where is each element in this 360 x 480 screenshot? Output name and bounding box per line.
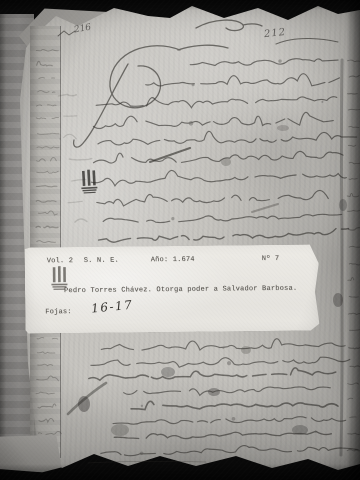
handwriting-overlay (0, 0, 360, 480)
label-series: S. N. E. (84, 257, 119, 265)
calligraphic-flourishes (58, 20, 342, 463)
label-year: Año: 1.674 (151, 256, 195, 264)
catalog-label: Vol. 2 S. N. E. Año: 1.674 Nº 7 Pedro To… (25, 244, 320, 333)
archive-stamp-icon (80, 169, 97, 193)
tape-patch (0, 433, 63, 473)
label-fojas: Fojas: (45, 308, 71, 316)
label-number: Nº 7 (262, 255, 280, 263)
page-crease (341, 60, 342, 455)
folio-number-right: 212 (263, 27, 286, 40)
fojas-value-handwritten: 16-17 (91, 298, 134, 316)
label-volume: Vol. 2 (47, 257, 73, 265)
label-title: Pedro Torres Chávez. Otorga poder a Salv… (64, 285, 297, 295)
archival-photo: 216 212 Vol. 2 S. N. E. Año: 1.674 Nº 7 … (0, 0, 360, 480)
